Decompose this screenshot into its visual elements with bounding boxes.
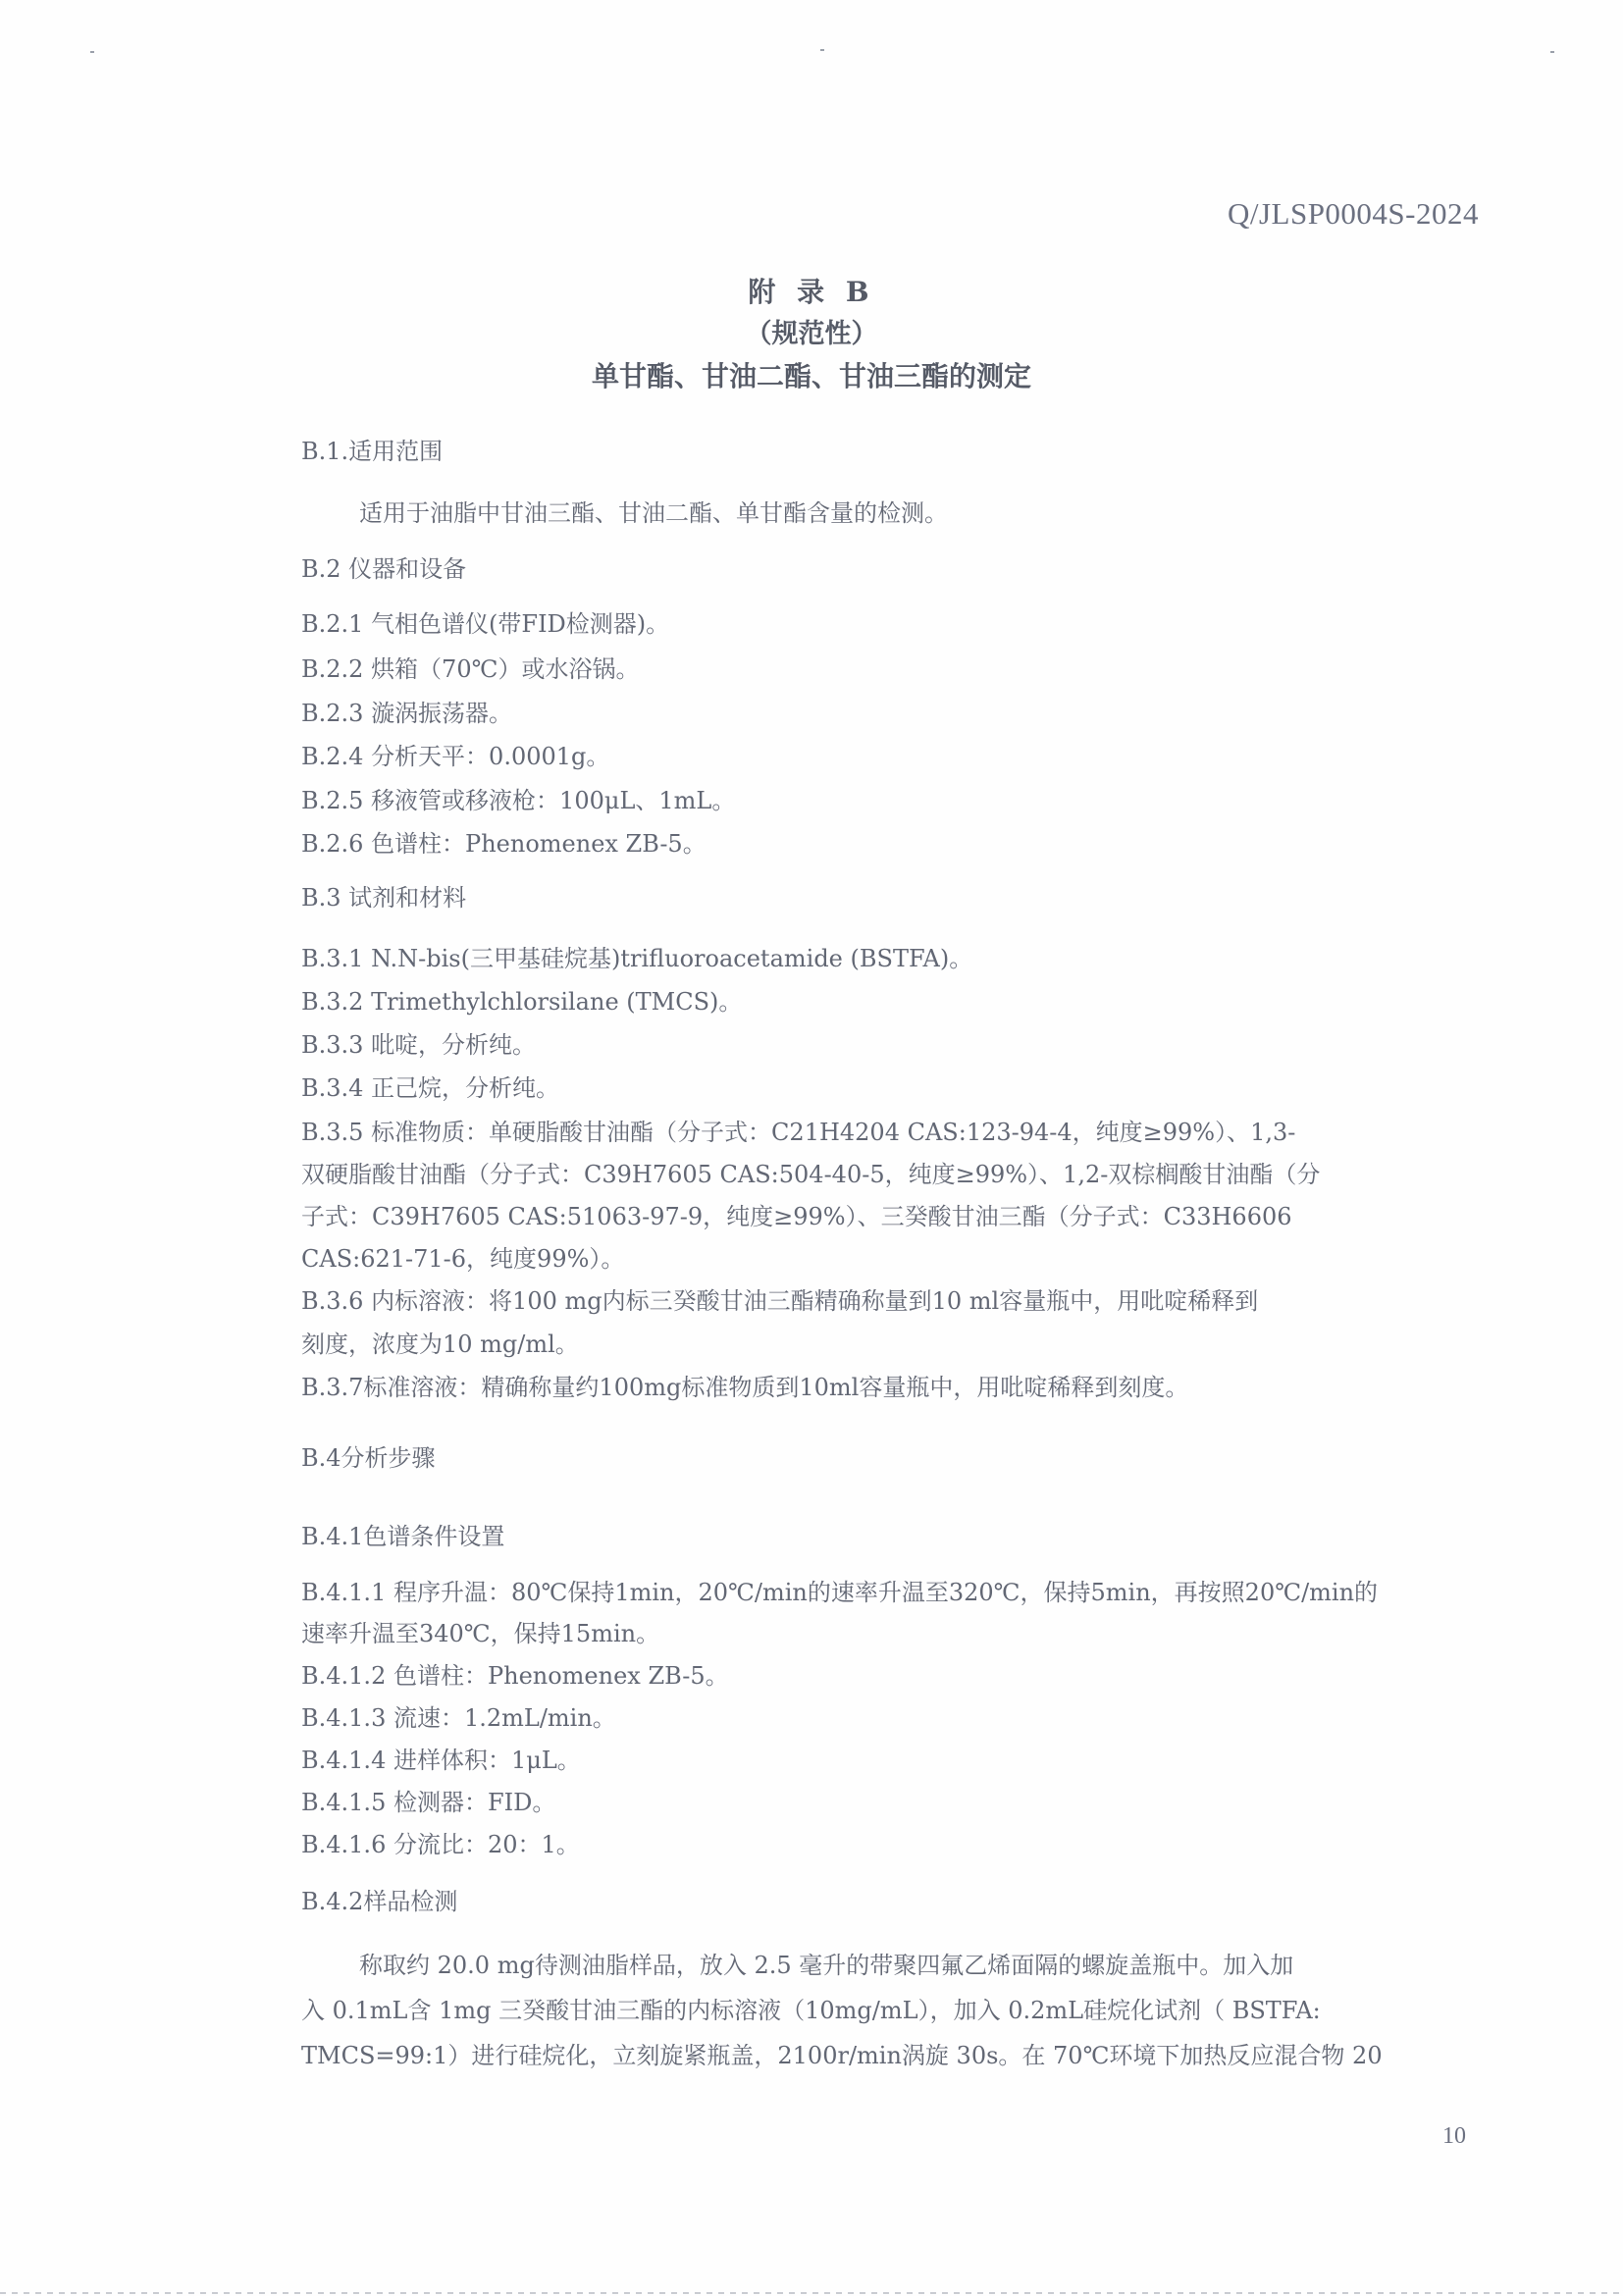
appendix-nature: （规范性）: [0, 312, 1623, 350]
list-item-b3-4: B.3.4 正己烷，分析纯。: [301, 1069, 559, 1103]
list-item-b4-1-1-cont: 速率升温至340℃，保持15min。: [301, 1614, 659, 1648]
list-item-b3-3: B.3.3 吡啶，分析纯。: [301, 1025, 536, 1060]
scan-speck: [820, 49, 824, 51]
list-item-b3-7: B.3.7标准溶液：精确称量约100mg标准物质到10ml容量瓶中，用吡啶稀释到…: [301, 1368, 1188, 1402]
list-item-b4-1-6: B.4.1.6 分流比：20：1。: [301, 1825, 580, 1859]
appendix-label: 附 录 B: [0, 271, 1623, 310]
list-item-b3-1: B.3.1 N.N-bis(三甲基硅烷基)trifluoroacetamide …: [301, 939, 972, 973]
list-item-b3-6-cont: 刻度，浓度为10 mg/ml。: [301, 1325, 579, 1359]
paragraph-sample-cont: 入 0.1mL含 1mg 三癸酸甘油三酯的内标溶液（10mg/mL），加入 0.…: [301, 1991, 1321, 2025]
list-item-b2-5: B.2.5 移液管或移液枪：100μL、1mL。: [301, 781, 735, 815]
subsection-heading-b4-1: B.4.1色谱条件设置: [301, 1517, 504, 1551]
list-item-b2-1: B.2.1 气相色谱仪(带FID检测器)。: [301, 604, 669, 639]
paragraph-sample: 称取约 20.0 mg待测油脂样品，放入 2.5 毫升的带聚四氟乙烯面隔的螺旋盖…: [359, 1946, 1293, 1980]
paragraph-sample-cont: TMCS=99:1）进行硅烷化，立刻旋紧瓶盖，2100r/min涡旋 30s。在…: [301, 2036, 1383, 2070]
subsection-heading-b4-2: B.4.2样品检测: [301, 1882, 457, 1916]
list-item-b3-5-cont: 双硬脂酸甘油酯（分子式：C39H7605 CAS:504-40-5，纯度≥99%…: [301, 1155, 1320, 1189]
section-heading-b1: B.1.适用范围: [301, 432, 443, 466]
standard-code: Q/JLSP0004S-2024: [1228, 196, 1479, 232]
section-heading-b3: B.3 试剂和材料: [301, 878, 466, 913]
list-item-b3-5-cont: CAS:621-71-6，纯度99%）。: [301, 1239, 624, 1274]
list-item-b4-1-2: B.4.1.2 色谱柱：Phenomenex ZB-5。: [301, 1656, 729, 1691]
list-item-b2-3: B.2.3 漩涡振荡器。: [301, 694, 512, 728]
scan-speck: [90, 51, 94, 53]
appendix-title: 单甘酯、甘油二酯、甘油三酯的测定: [0, 355, 1623, 394]
list-item-b3-2: B.3.2 Trimethylchlorsilane (TMCS)。: [301, 982, 742, 1017]
list-item-b2-6: B.2.6 色谱柱：Phenomenex ZB-5。: [301, 824, 707, 859]
page-number: 10: [1442, 2123, 1466, 2150]
section-heading-b4: B.4分析步骤: [301, 1438, 436, 1473]
list-item-b3-5: B.3.5 标准物质：单硬脂酸甘油酯（分子式：C21H4204 CAS:123-…: [301, 1113, 1295, 1147]
list-item-b4-1-5: B.4.1.5 检测器：FID。: [301, 1783, 555, 1817]
list-item-b2-4: B.2.4 分析天平：0.0001g。: [301, 737, 609, 771]
list-item-b2-2: B.2.2 烘箱（70℃）或水浴锅。: [301, 650, 639, 684]
list-item-b3-6: B.3.6 内标溶液：将100 mg内标三癸酸甘油三酯精确称量到10 ml容量瓶…: [301, 1281, 1258, 1316]
document-page: Q/JLSP0004S-2024 附 录 B （规范性） 单甘酯、甘油二酯、甘油…: [0, 0, 1623, 2296]
list-item-b3-5-cont: 子式：C39H7605 CAS:51063-97-9，纯度≥99%）、三癸酸甘油…: [301, 1197, 1292, 1231]
section-heading-b2: B.2 仪器和设备: [301, 549, 466, 584]
list-item-b4-1-4: B.4.1.4 进样体积：1μL。: [301, 1741, 581, 1775]
paragraph-scope: 适用于油脂中甘油三酯、甘油二酯、单甘酯含量的检测。: [359, 494, 948, 528]
scan-edge: [0, 2292, 1623, 2294]
list-item-b4-1-3: B.4.1.3 流速：1.2mL/min。: [301, 1698, 616, 1733]
scan-speck: [1550, 51, 1554, 53]
list-item-b4-1-1: B.4.1.1 程序升温：80℃保持1min，20℃/min的速率升温至320℃…: [301, 1573, 1378, 1607]
